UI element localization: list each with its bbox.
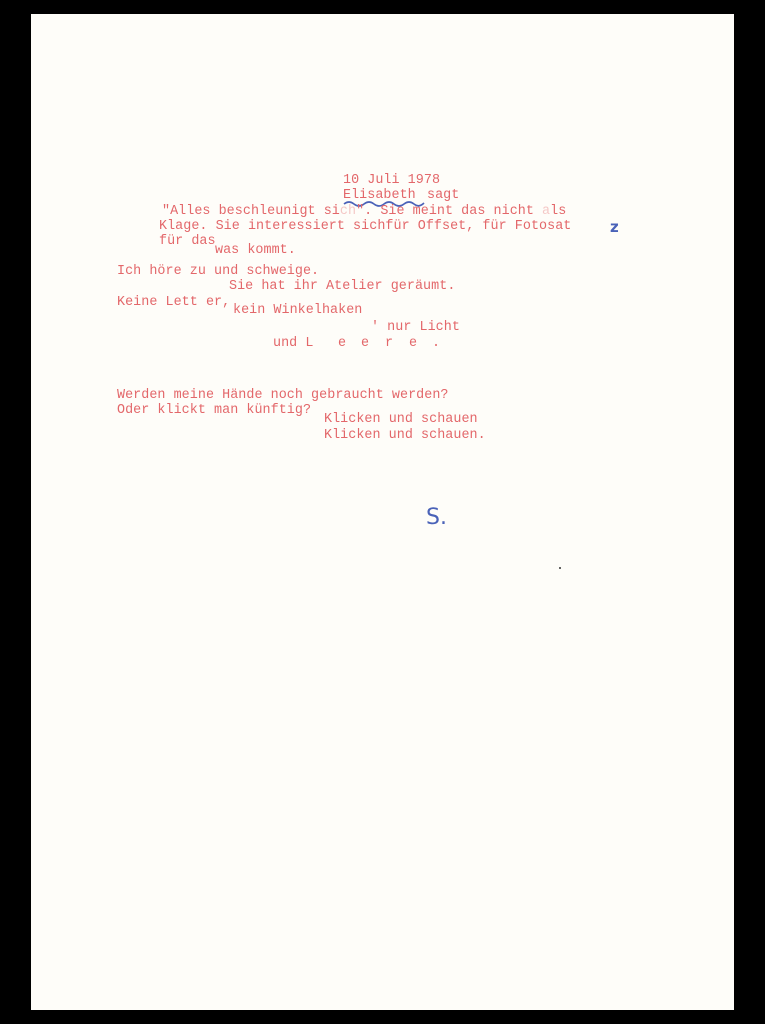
text-line-9c: e [361, 337, 369, 350]
speaker-verb: sagt [427, 189, 459, 202]
text-line-8: ' nur Licht [371, 321, 460, 334]
text-line-5: Ich höre zu und schweige. [117, 265, 319, 278]
handwritten-correction: z [610, 220, 619, 235]
typewritten-page: 10 Juli 1978 Elisabeth sagt "Alles besch… [31, 14, 734, 1010]
handwritten-signature: S. [426, 507, 447, 529]
text-line-13: Klicken und schauen. [324, 429, 486, 442]
text-line-7b: kein Winkelhaken [233, 304, 362, 317]
text-line-2: Klage. Sie interessiert sichfür Offset, … [159, 220, 571, 233]
text-line-7a: Keine Lett er, [117, 296, 230, 309]
text-line-11: Oder klickt man künftig? [117, 404, 311, 417]
text-line-3: für das [159, 235, 216, 248]
text-line-10: Werden meine Hände noch gebraucht werden… [117, 389, 449, 402]
text-line-9e: e [409, 337, 417, 350]
text-line-9d: r [385, 337, 393, 350]
text-line-6: Sie hat ihr Atelier geräumt. [229, 280, 455, 293]
paper-speck [559, 567, 561, 569]
text-line-9a: und L [273, 337, 313, 350]
text-line-9b: e [338, 337, 346, 350]
text-line-1: "Alles beschleunigt sich". Sie meint das… [162, 205, 566, 218]
text-line-4: was kommt. [215, 244, 296, 257]
text-line-12: Klicken und schauen [324, 413, 478, 426]
text-line-9f: . [432, 337, 440, 350]
date-line: 10 Juli 1978 [343, 174, 440, 187]
